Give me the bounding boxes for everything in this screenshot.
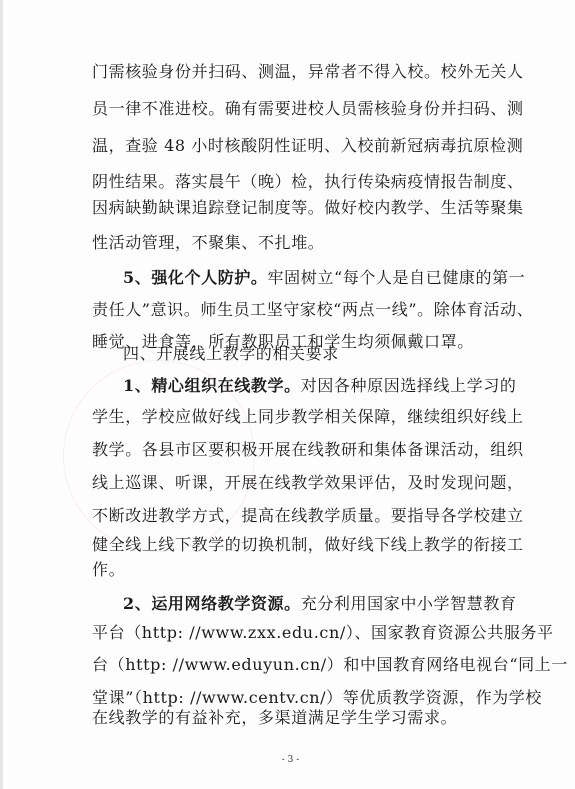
section-5-text: 牢固树立“每个人是自已健康的第一: [268, 268, 526, 287]
subsection-2-title: 2、运用网络教学资源。: [123, 594, 301, 613]
section-5-title: 5、强化个人防护。: [123, 268, 268, 287]
paragraph-line: 员一律不准进校。确有需要进校人员需核验身份并扫码、测: [92, 99, 502, 119]
paragraph-line: 堂课”（http: //www.centv.cn/）等优质教学资源，作为学校: [92, 688, 502, 708]
paragraph-line: 因病缺勤缺课追踪登记制度等。做好校内教学、生活等聚集: [92, 198, 502, 218]
paragraph-line: 教学。各县市区要积极开展在线教研和集体备课活动，组织: [92, 440, 502, 460]
paragraph-line: 平台（http: //www.zxx.edu.cn/）、国家教育资源公共服务平: [92, 623, 502, 643]
paragraph-line: 责任人”意识。师生员工坚守家校“两点一线”。除体育活动、: [92, 300, 502, 320]
subsection-1-title: 1、精心组织在线教学。: [123, 376, 301, 395]
paragraph-line: 学生，学校应做好线上同步教学相关保障，继续组织好线上: [92, 407, 502, 427]
paragraph-line: 作。: [92, 560, 502, 580]
paragraph-line: 门需核验身份并扫码、测温，异常者不得入校。校外无关人: [92, 62, 502, 82]
subsection-1-text: 对因各种原因选择线上学习的: [301, 376, 517, 395]
paragraph-line: 不断改进教学方式，提高在线教学质量。要指导各学校建立: [92, 506, 502, 526]
paragraph-line: 台（http: //www.eduyun.cn/）和中国教育网络电视台“同上一: [92, 655, 502, 675]
paragraph-line: 线上巡课、听课，开展在线教学效果评估，及时发现问题，: [92, 473, 502, 493]
subsection-2-text: 充分利用国家中小学智慧教育: [301, 594, 517, 613]
paragraph-line: 健全线上线下教学的切换机制，做好线下线上教学的衔接工: [92, 535, 502, 555]
section-5-heading-line: 5、强化个人防护。牢固树立“每个人是自已健康的第一: [123, 268, 533, 288]
section-heading-4: 四、开展线上教学的相关要求: [123, 344, 533, 364]
document-page: 门需核验身份并扫码、测温，异常者不得入校。校外无关人 员一律不准进校。确有需要进…: [0, 0, 575, 789]
paragraph-line: 性活动管理，不聚集、不扎堆。: [92, 233, 502, 253]
subsection-2-heading-line: 2、运用网络教学资源。充分利用国家中小学智慧教育: [123, 594, 533, 614]
paragraph-line: 在线教学的有益补充，多渠道满足学生学习需求。: [92, 708, 502, 728]
paragraph-line: 温，查验 48 小时核酸阴性证明、入校前新冠病毒抗原检测: [92, 136, 502, 156]
paragraph-line: 阴性结果。落实晨午（晚）检，执行传染病疫情报告制度、: [92, 172, 502, 192]
page-number: - 3 -: [3, 755, 575, 765]
subsection-1-heading-line: 1、精心组织在线教学。对因各种原因选择线上学习的: [123, 376, 533, 396]
